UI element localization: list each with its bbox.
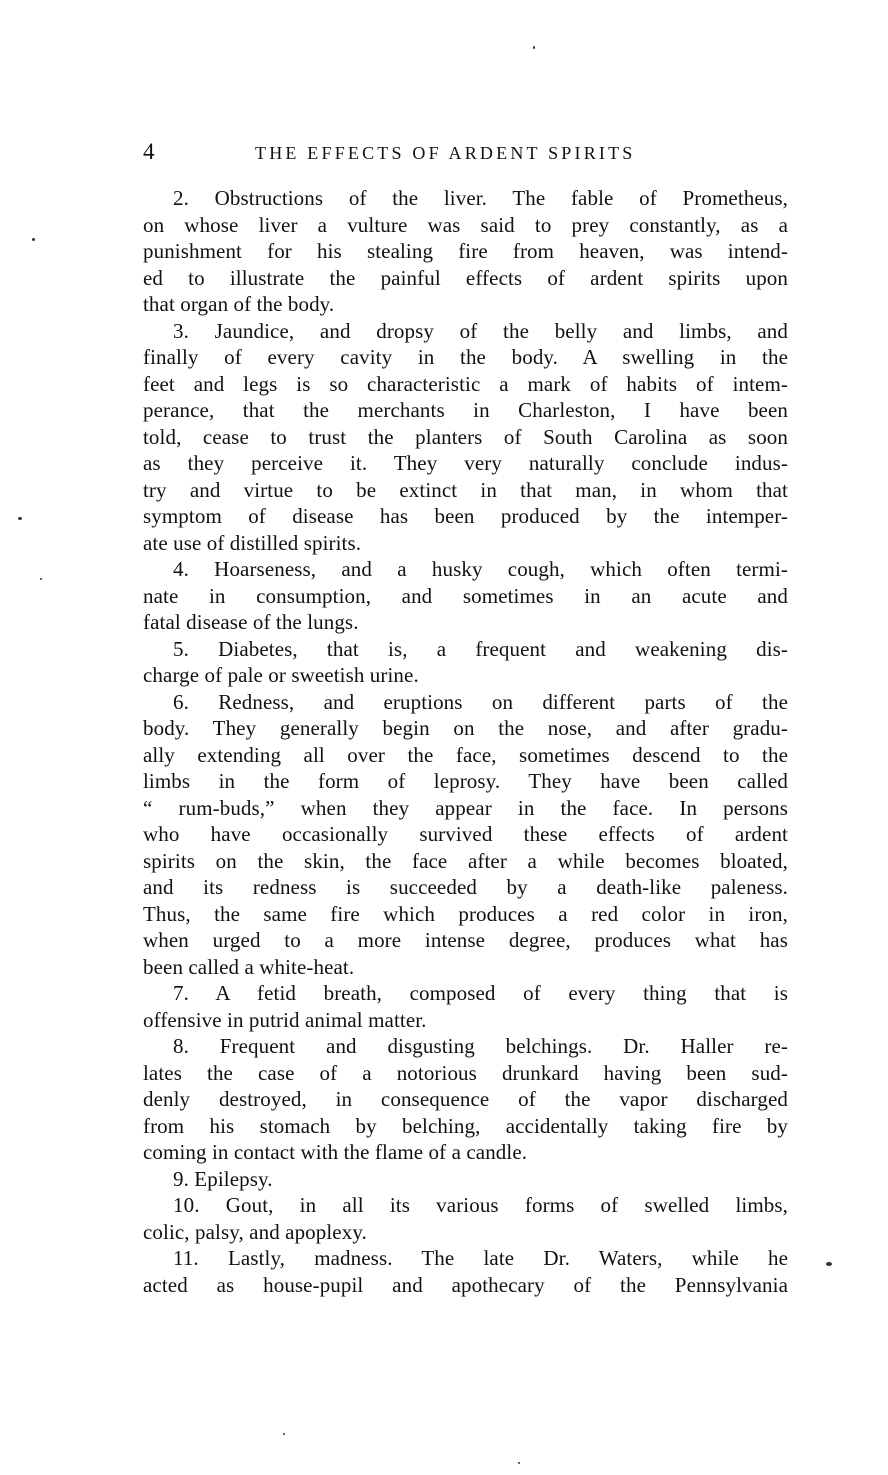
- text-line: acted as house-pupil and apothecary of t…: [143, 1272, 788, 1299]
- text-line: from his stomach by belching, accidental…: [143, 1113, 788, 1140]
- scan-speck: [40, 578, 42, 580]
- paragraph-first-line: 7. A fetid breath, composed of every thi…: [143, 980, 788, 1007]
- text-line: offensive in putrid animal matter.: [143, 1007, 788, 1034]
- text-line: been called a white-heat.: [143, 954, 788, 981]
- scan-speck: [533, 46, 535, 49]
- text-line: try and virtue to be extinct in that man…: [143, 477, 788, 504]
- book-page: 4 THE EFFECTS OF ARDENT SPIRITS 2. Obstr…: [0, 0, 888, 1475]
- paragraph-first-line: 8. Frequent and disgusting belchings. Dr…: [143, 1033, 788, 1060]
- scan-speck: [32, 238, 35, 241]
- text-line: on whose liver a vulture was said to pre…: [143, 212, 788, 239]
- text-line: when urged to a more intense degree, pro…: [143, 927, 788, 954]
- text-line: limbs in the form of leprosy. They have …: [143, 768, 788, 795]
- page-header: 4 THE EFFECTS OF ARDENT SPIRITS: [143, 138, 788, 168]
- scan-speck: [18, 517, 22, 520]
- text-line: who have occasionally survived these eff…: [143, 821, 788, 848]
- text-line: finally of every cavity in the body. A s…: [143, 344, 788, 371]
- paragraph-first-line: 6. Redness, and eruptions on different p…: [143, 689, 788, 716]
- text-line: ally extending all over the face, someti…: [143, 742, 788, 769]
- scan-speck: [518, 1462, 520, 1464]
- text-line: ate use of distilled spirits.: [143, 530, 788, 557]
- paragraph-first-line: 2. Obstructions of the liver. The fable …: [143, 185, 788, 212]
- text-line: “ rum-buds,” when they appear in the fac…: [143, 795, 788, 822]
- text-line: perance, that the merchants in Charlesto…: [143, 397, 788, 424]
- text-line: symptom of disease has been produced by …: [143, 503, 788, 530]
- text-line: coming in contact with the flame of a ca…: [143, 1139, 788, 1166]
- paragraph-first-line: 11. Lastly, madness. The late Dr. Waters…: [143, 1245, 788, 1272]
- text-line: that organ of the body.: [143, 291, 788, 318]
- running-title: THE EFFECTS OF ARDENT SPIRITS: [255, 140, 636, 166]
- text-line: told, cease to trust the planters of Sou…: [143, 424, 788, 451]
- paragraph-first-line: 9. Epilepsy.: [143, 1166, 788, 1193]
- text-line: lates the case of a notorious drunkard h…: [143, 1060, 788, 1087]
- text-line: charge of pale or sweetish urine.: [143, 662, 788, 689]
- page-number: 4: [143, 138, 155, 166]
- scan-speck: [283, 1433, 285, 1435]
- text-line: nate in consumption, and sometimes in an…: [143, 583, 788, 610]
- text-line: colic, palsy, and apoplexy.: [143, 1219, 788, 1246]
- text-line: as they perceive it. They very naturally…: [143, 450, 788, 477]
- text-line: and its redness is succeeded by a death-…: [143, 874, 788, 901]
- text-line: fatal disease of the lungs.: [143, 609, 788, 636]
- paragraph-first-line: 4. Hoarseness, and a husky cough, which …: [143, 556, 788, 583]
- text-line: spirits on the skin, the face after a wh…: [143, 848, 788, 875]
- text-line: denly destroyed, in consequence of the v…: [143, 1086, 788, 1113]
- scan-speck: [826, 1262, 832, 1266]
- text-line: feet and legs is so characteristic a mar…: [143, 371, 788, 398]
- paragraph-first-line: 3. Jaundice, and dropsy of the belly and…: [143, 318, 788, 345]
- text-line: Thus, the same fire which produces a red…: [143, 901, 788, 928]
- text-line: ed to illustrate the painful effects of …: [143, 265, 788, 292]
- paragraph-first-line: 10. Gout, in all its various forms of sw…: [143, 1192, 788, 1219]
- text-line: punishment for his stealing fire from he…: [143, 238, 788, 265]
- body-text: 2. Obstructions of the liver. The fable …: [143, 185, 788, 1298]
- text-line: body. They generally begin on the nose, …: [143, 715, 788, 742]
- paragraph-first-line: 5. Diabetes, that is, a frequent and wea…: [143, 636, 788, 663]
